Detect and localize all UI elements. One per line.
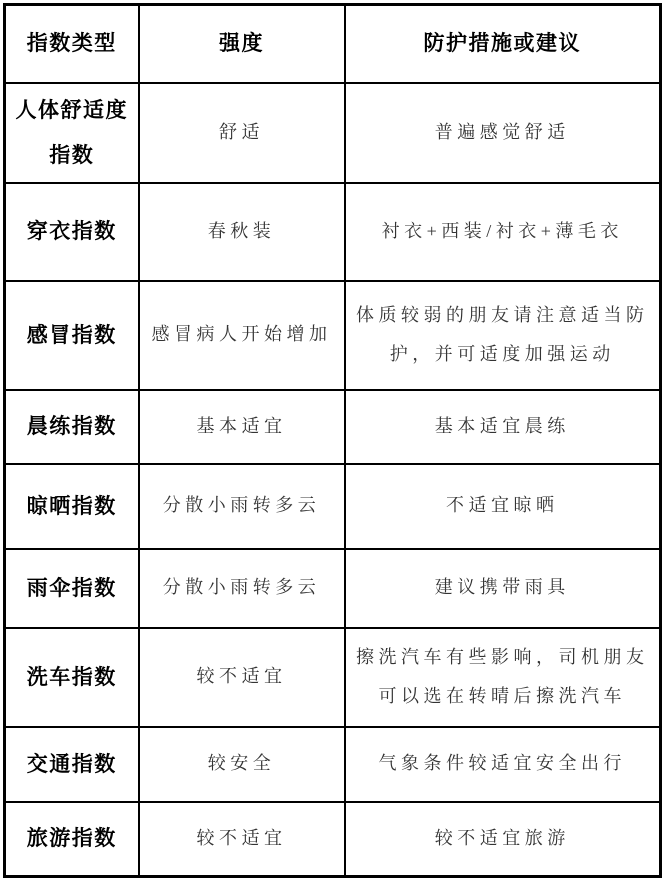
table-row: 感冒指数 感冒病人开始增加 体质较弱的朋友请注意适当防护，并可适度加强运动 [5,281,661,390]
index-type-cell: 雨伞指数 [5,549,139,628]
index-type-cell: 人体舒适度指数 [5,83,139,183]
table-row: 晨练指数 基本适宜 基本适宜晨练 [5,390,661,464]
strength-cell: 感冒病人开始增加 [139,281,345,390]
table-row: 交通指数 较安全 气象条件较适宜安全出行 [5,727,661,802]
index-type-cell: 晨练指数 [5,390,139,464]
header-cell-advice: 防护措施或建议 [345,5,661,83]
table-row: 旅游指数 较不适宜 较不适宜旅游 [5,802,661,877]
advice-cell: 普遍感觉舒适 [345,83,661,183]
strength-cell: 舒适 [139,83,345,183]
strength-cell: 基本适宜 [139,390,345,464]
index-type-cell: 旅游指数 [5,802,139,877]
advice-cell: 较不适宜旅游 [345,802,661,877]
table-row: 雨伞指数 分散小雨转多云 建议携带雨具 [5,549,661,628]
advice-cell: 不适宜晾晒 [345,464,661,549]
strength-cell: 较不适宜 [139,628,345,727]
strength-cell: 较不适宜 [139,802,345,877]
strength-cell: 分散小雨转多云 [139,464,345,549]
header-cell-strength: 强度 [139,5,345,83]
advice-cell: 擦洗汽车有些影响，司机朋友可以选在转晴后擦洗汽车 [345,628,661,727]
table-row: 穿衣指数 春秋装 衬衣+西装/衬衣+薄毛衣 [5,183,661,281]
header-cell-index-type: 指数类型 [5,5,139,83]
index-type-cell: 晾晒指数 [5,464,139,549]
index-type-cell: 穿衣指数 [5,183,139,281]
strength-cell: 春秋装 [139,183,345,281]
table-header-row: 指数类型 强度 防护措施或建议 [5,5,661,83]
strength-cell: 较安全 [139,727,345,802]
table-row: 人体舒适度指数 舒适 普遍感觉舒适 [5,83,661,183]
advice-cell: 气象条件较适宜安全出行 [345,727,661,802]
table-row: 洗车指数 较不适宜 擦洗汽车有些影响，司机朋友可以选在转晴后擦洗汽车 [5,628,661,727]
index-type-cell: 交通指数 [5,727,139,802]
advice-cell: 建议携带雨具 [345,549,661,628]
index-type-cell: 感冒指数 [5,281,139,390]
advice-cell: 体质较弱的朋友请注意适当防护，并可适度加强运动 [345,281,661,390]
page: 指数类型 强度 防护措施或建议 人体舒适度指数 舒适 普遍感觉舒适 穿衣指数 春… [0,0,666,878]
table-row: 晾晒指数 分散小雨转多云 不适宜晾晒 [5,464,661,549]
weather-index-table: 指数类型 强度 防护措施或建议 人体舒适度指数 舒适 普遍感觉舒适 穿衣指数 春… [3,3,662,878]
advice-cell: 衬衣+西装/衬衣+薄毛衣 [345,183,661,281]
strength-cell: 分散小雨转多云 [139,549,345,628]
advice-cell: 基本适宜晨练 [345,390,661,464]
index-type-cell: 洗车指数 [5,628,139,727]
